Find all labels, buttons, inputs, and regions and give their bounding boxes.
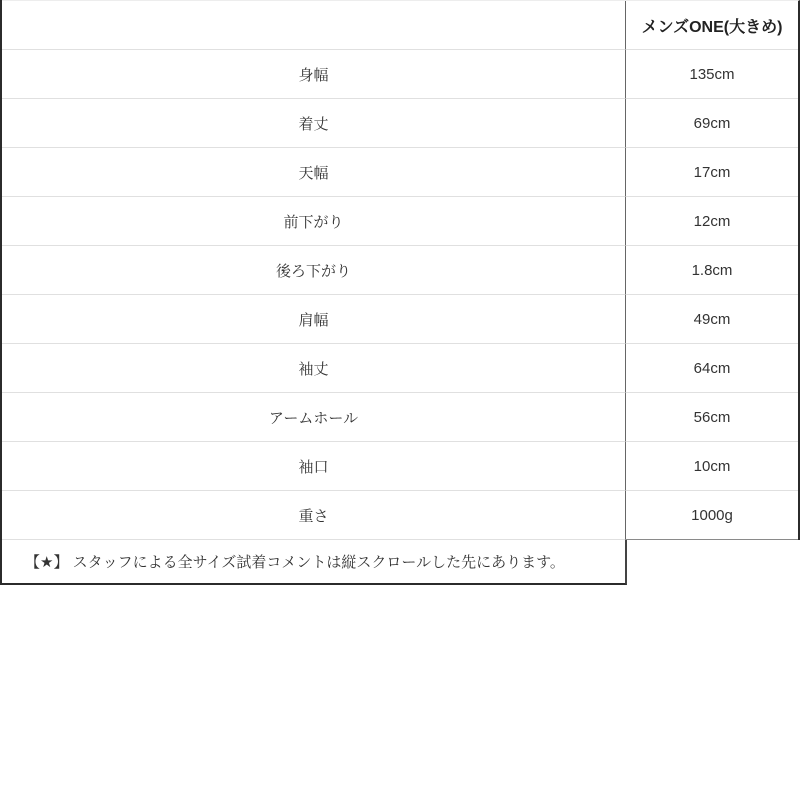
footer-note-text: 【★】 スタッフによる全サイズ試着コメントは縦スクロールした先にあります。 <box>25 551 565 572</box>
table-row: 身幅 135cm <box>2 50 798 99</box>
header-corner-cell <box>2 1 625 50</box>
measurement-label: 前下がり <box>2 197 625 246</box>
table-row: 天幅 17cm <box>2 148 798 197</box>
measurement-value: 56cm <box>625 393 798 442</box>
measurement-label: 身幅 <box>2 50 625 99</box>
measurement-label: 肩幅 <box>2 295 625 344</box>
measurement-label: アームホール <box>2 393 625 442</box>
table-row: 袖口 10cm <box>2 442 798 491</box>
measurement-value: 135cm <box>625 50 798 99</box>
header-size-column: メンズONE(大きめ) <box>625 1 798 50</box>
measurement-label: 重さ <box>2 491 625 540</box>
footer-note: 【★】 スタッフによる全サイズ試着コメントは縦スクロールした先にあります。 <box>2 540 627 585</box>
table-row: 着丈 69cm <box>2 99 798 148</box>
measurement-value: 12cm <box>625 197 798 246</box>
measurement-label: 天幅 <box>2 148 625 197</box>
measurement-value: 10cm <box>625 442 798 491</box>
measurement-value: 17cm <box>625 148 798 197</box>
size-table-grid: メンズONE(大きめ) 身幅 135cm 着丈 69cm 天幅 17cm 前下が… <box>2 0 800 540</box>
table-row: 重さ 1000g <box>2 491 798 540</box>
measurement-label: 着丈 <box>2 99 625 148</box>
measurement-label: 後ろ下がり <box>2 246 625 295</box>
size-chart-table: メンズONE(大きめ) 身幅 135cm 着丈 69cm 天幅 17cm 前下が… <box>0 0 800 585</box>
right-column-bottom-border <box>625 539 798 540</box>
table-row: 後ろ下がり 1.8cm <box>2 246 798 295</box>
measurement-value: 49cm <box>625 295 798 344</box>
table-row: アームホール 56cm <box>2 393 798 442</box>
table-row: 袖丈 64cm <box>2 344 798 393</box>
measurement-value: 69cm <box>625 99 798 148</box>
table-row: 肩幅 49cm <box>2 295 798 344</box>
measurement-label: 袖丈 <box>2 344 625 393</box>
table-row: 前下がり 12cm <box>2 197 798 246</box>
table-header-row: メンズONE(大きめ) <box>2 1 798 50</box>
measurement-value: 1.8cm <box>625 246 798 295</box>
measurement-value: 64cm <box>625 344 798 393</box>
measurement-label: 袖口 <box>2 442 625 491</box>
measurement-value: 1000g <box>625 491 798 540</box>
